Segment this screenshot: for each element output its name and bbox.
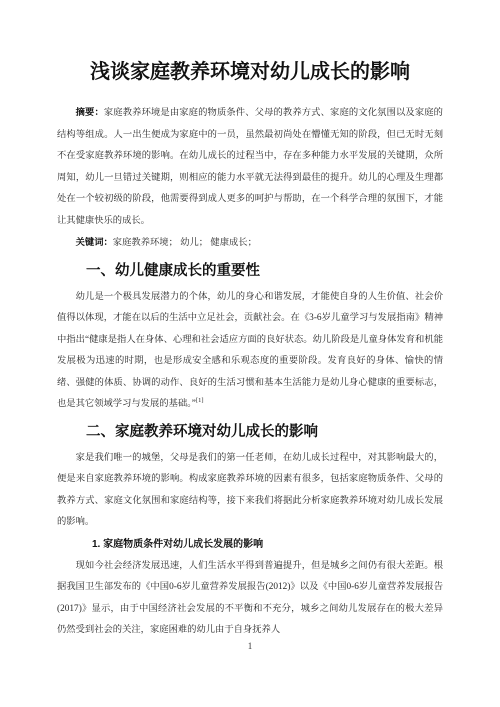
document-page: 浅谈家庭教养环境对幼儿成长的影响 摘要：家庭教养环境是由家庭的物质条件、父母的教… <box>0 0 500 707</box>
page-title: 浅谈家庭教养环境对幼儿成长的影响 <box>57 58 443 86</box>
subsection-1-paragraph: 现如今社会经济发展迅速，人们生活水平得到普遍提升，但是城乡之间仍有很大差距。根据… <box>57 556 443 642</box>
section-1-heading: 一、幼儿健康成长的重要性 <box>57 261 443 281</box>
abstract-label: 摘要： <box>76 107 104 117</box>
abstract-paragraph: 摘要：家庭教养环境是由家庭的物质条件、父母的教养方式、家庭的文化氛围以及家庭的结… <box>57 102 443 232</box>
section-2-subheading: 1. 家庭物质条件对幼儿成长发展的影响 <box>57 537 443 552</box>
section-2-paragraph-text: 家是我们唯一的城堡，父母是我们的第一任老师，在幼儿成长过程中，对其影响最大的，便… <box>57 453 443 528</box>
page-number: 1 <box>0 641 500 651</box>
citation-marker: [1] <box>196 397 204 404</box>
keywords-text: 家庭教养环境； 幼儿； 健康成长； <box>113 238 257 248</box>
section-1-paragraph-text: 幼儿是一个极具发展潜力的个体，幼儿的身心和谐发展，才能使自身的人生价值、社会价值… <box>57 292 443 410</box>
subsection-1-paragraph-text: 现如今社会经济发展迅速，人们生活水平得到普遍提升，但是城乡之间仍有很大差距。根据… <box>57 561 443 636</box>
section-1-paragraph: 幼儿是一个极具发展潜力的个体，幼儿的身心和谐发展，才能使自身的人生价值、社会价值… <box>57 287 443 416</box>
abstract-text: 家庭教养环境是由家庭的物质条件、父母的教养方式、家庭的文化氛围以及家庭的结构等组… <box>57 108 443 226</box>
section-2-heading: 二、家庭教养环境对幼儿成长的影响 <box>57 422 443 442</box>
keywords-line: 关键词：家庭教养环境； 幼儿； 健康成长； <box>57 232 443 255</box>
keywords-label: 关键词： <box>76 237 113 247</box>
section-2-paragraph: 家是我们唯一的城堡，父母是我们的第一任老师，在幼儿成长过程中，对其影响最大的，便… <box>57 448 443 534</box>
